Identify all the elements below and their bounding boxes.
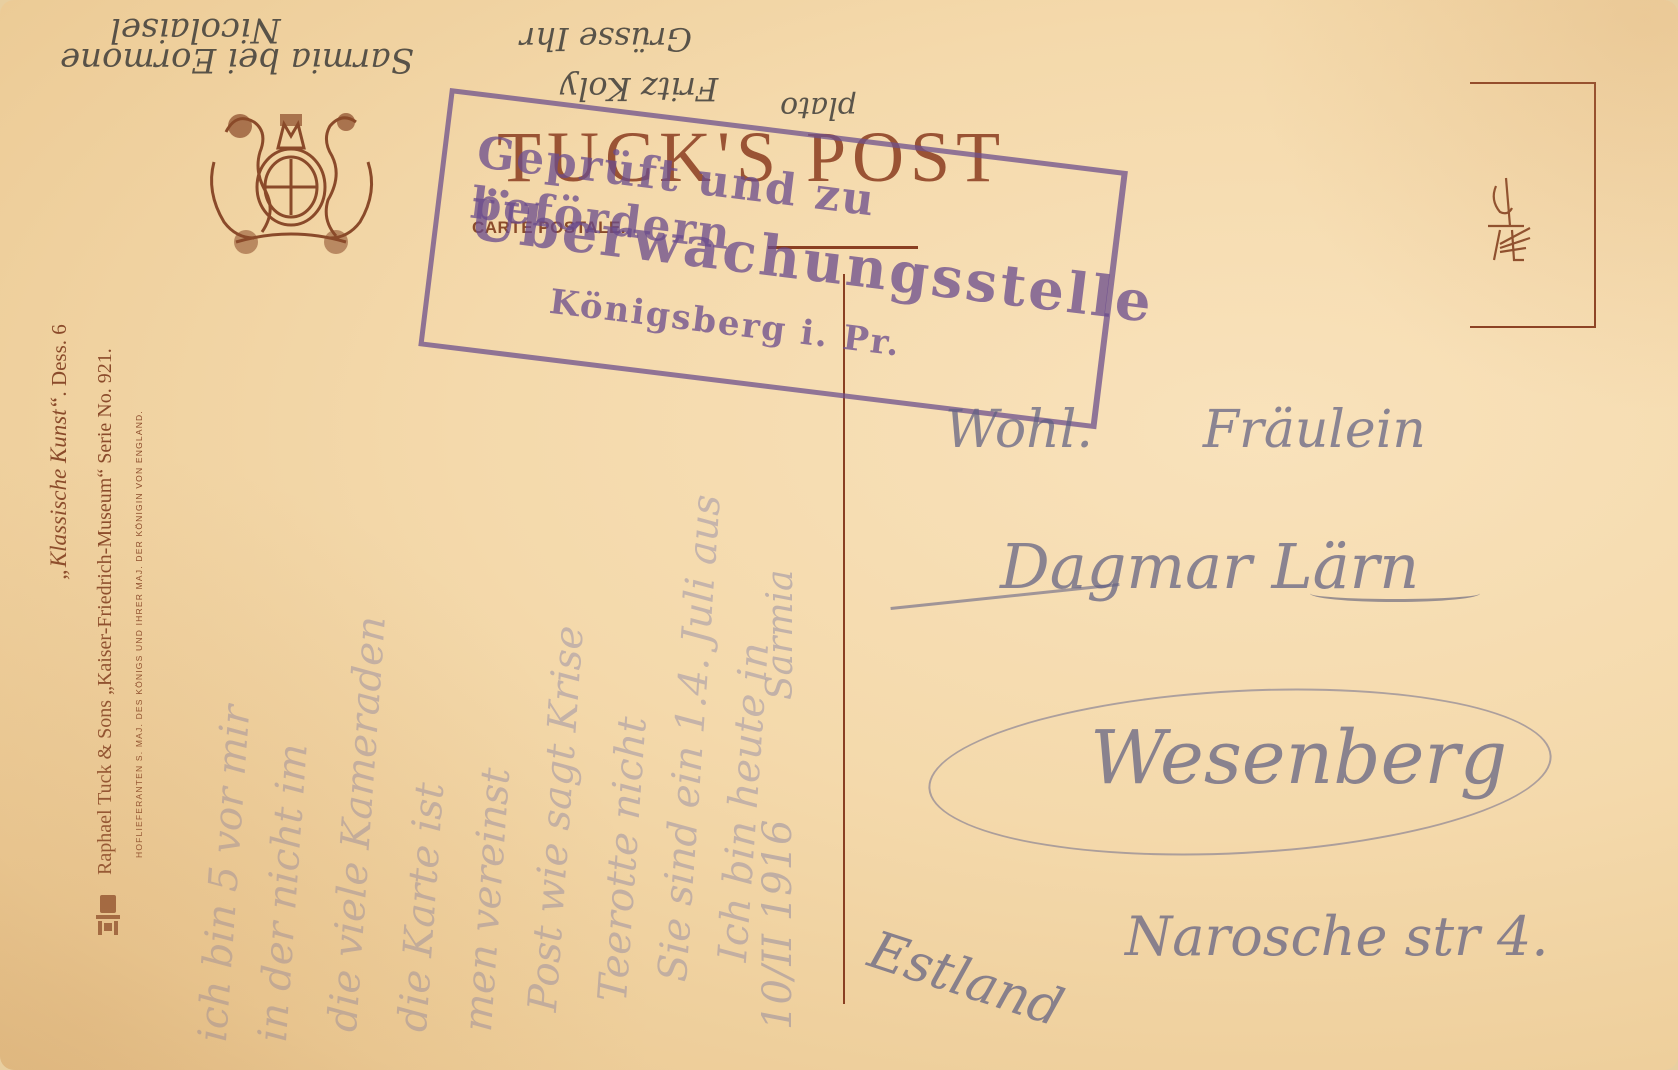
top-note: plato bbox=[780, 90, 857, 125]
recipient-region: Estland bbox=[861, 920, 1070, 1039]
easel-palette-icon bbox=[1486, 176, 1546, 266]
recipient-street: Narosche str 4. bbox=[1125, 905, 1549, 968]
royal-warrant-line: HOFLIEFERANTEN S. MAJ. DES KÖNIGS UND IH… bbox=[134, 410, 144, 858]
message-line: Post wie sagt Krise bbox=[520, 624, 593, 1013]
tuck-easel-logo-icon bbox=[92, 893, 124, 937]
postcard: ich bin 5 vor mir in der nicht im die vi… bbox=[0, 0, 1678, 1070]
top-note: Grüsse Ihr bbox=[520, 20, 692, 58]
publisher-line: Raphael Tuck & Sons „Kaiser-Friedrich-Mu… bbox=[94, 348, 117, 875]
message-line: die Karte ist bbox=[390, 781, 453, 1033]
top-note: Fritz Koly bbox=[560, 70, 718, 108]
message-line: Teerotte nicht bbox=[590, 715, 656, 1003]
message-date: 10/II 1916 bbox=[755, 820, 801, 1031]
message-line: ich bin 5 vor mir bbox=[190, 704, 259, 1043]
royal-coat-of-arms-icon bbox=[196, 92, 386, 260]
message-place: Sarmia bbox=[760, 570, 801, 700]
address-salutation: Wohl.Fräulein bbox=[945, 400, 1426, 460]
message-line: die viele Kameraden bbox=[320, 615, 395, 1034]
series-title-rest: . Dess. 6 bbox=[47, 324, 71, 396]
name-underline bbox=[1310, 585, 1480, 602]
censor-stamp: Geprüft und zu befördern Überwachungsste… bbox=[418, 88, 1128, 429]
recipient-city: Wesenberg bbox=[1090, 715, 1507, 801]
message-line: in der nicht im bbox=[250, 742, 317, 1043]
series-title: „Klassische Kunst“. Dess. 6 bbox=[46, 324, 72, 580]
salutation: Wohl. bbox=[945, 400, 1093, 460]
top-note: Sarmia bei Eormone bbox=[60, 40, 414, 80]
message-line: men vereinst bbox=[455, 766, 519, 1033]
series-title-quote: „Klassische Kunst“ bbox=[46, 397, 71, 580]
recipient-title: Fräulein bbox=[1203, 400, 1426, 460]
